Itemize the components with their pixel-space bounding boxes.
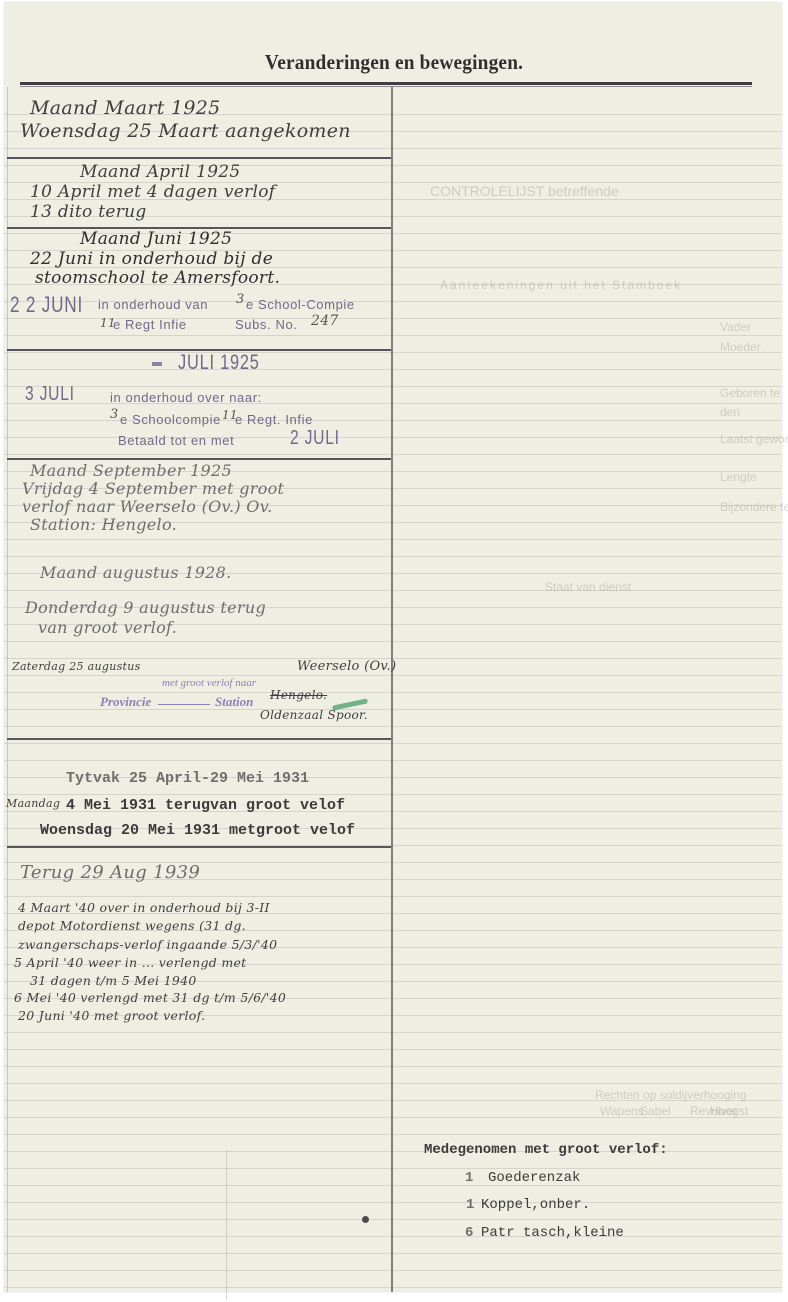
bleed-text: Vader (720, 320, 751, 334)
stamp-header: JULI 1925 (178, 351, 260, 375)
handwritten-line: Donderdag 9 augustus terug (25, 598, 266, 617)
handwritten-line: 4 Maart '40 over in onderhoud bij 3-II (18, 900, 270, 915)
bleed-text: Hoogst (710, 1104, 748, 1118)
bleed-text: Rechten op soldijverhooging (595, 1088, 746, 1102)
bleed-text: Laatst gewoond te (720, 432, 788, 446)
handwritten-line: van groot verlof. (38, 618, 177, 637)
handwritten-line: depot Motordienst wegens (31 dg. (18, 918, 246, 933)
page-title: Veranderingen en bewegingen. (32, 50, 757, 75)
stamp-handwritten-value: 247 (311, 313, 339, 329)
stamp-underline (158, 704, 210, 705)
handwritten-line: 20 Juni '40 met groot verlof. (18, 1008, 205, 1023)
handwritten-line: 10 April met 4 dagen verlof (30, 182, 275, 202)
stamp-paid-until: 2 JULI (290, 427, 340, 450)
stamp-text: met groot verlof naar (162, 677, 256, 689)
typed-line: 4 Mei 1931 terugvan groot velof (66, 797, 345, 814)
bleed-text: CONTROLELIJST betreffende (430, 183, 619, 199)
left-margin-line (7, 87, 8, 1292)
bleed-text: Aanteekeningen uit het Stamboek (440, 278, 682, 292)
stamp-text: in onderhoud van (98, 297, 208, 312)
stamp-text: Subs. No. (235, 317, 298, 332)
equipment-name: Patr tasch,kleine (481, 1225, 624, 1241)
stamp-text: Betaald tot en met (118, 433, 234, 448)
bleed-text: den (720, 405, 740, 419)
handwritten-line: stoomschool te Amersfoort. (35, 268, 280, 288)
stamp-text: e Regt. Infie (235, 412, 313, 427)
typed-line: Tytvak 25 April-29 Mei 1931 (66, 770, 309, 787)
stamp-date: 2 2 JUNI (10, 292, 83, 318)
handwritten-place: Weerselo (Ov.) (297, 659, 396, 674)
stamp-handwritten-value: 3 (110, 407, 119, 422)
handwritten-line: 5 April '40 weer in ... verlengd met (14, 955, 247, 970)
stamp-date: 3 JULI (25, 383, 75, 406)
handwritten-line: 22 Juni in onderhoud bij de (30, 249, 273, 269)
equipment-qty: 6 (465, 1225, 473, 1241)
handwritten-line: Vrijdag 4 September met groot (22, 479, 284, 498)
bleed-text: Wapens (600, 1104, 644, 1118)
entry-separator (7, 738, 391, 740)
title-rule (20, 82, 752, 85)
ink-dot (362, 1216, 369, 1223)
handwritten-station-struck: Hengelo. (270, 688, 327, 702)
bleed-text: Lengte (720, 470, 757, 484)
bleed-text: Geboren te (720, 386, 780, 400)
paper-crease (226, 1150, 227, 1300)
entry-separator (7, 157, 391, 159)
equipment-qty: 1 (465, 1170, 473, 1186)
stamp-text: e Regt Infie (113, 317, 187, 332)
handwritten-line: verlof naar Weerselo (Ov.) Ov. (22, 497, 273, 516)
bleed-text: Moeder (720, 340, 761, 354)
handwritten-line: Maand April 1925 (80, 162, 241, 182)
title-rule-thin (20, 86, 752, 87)
handwritten-date: Zaterdag 25 augustus (12, 660, 141, 673)
bleed-text: Sabel (640, 1104, 671, 1118)
handwritten-line: Maand Maart 1925 (30, 97, 221, 119)
typed-line: Woensdag 20 Mei 1931 metgroot velof (40, 822, 355, 839)
handwritten-line: Terug 29 Aug 1939 (20, 862, 200, 883)
handwritten-station-new: Oldenzaal Spoor. (260, 708, 368, 722)
bleed-text: Staat van dienst (545, 580, 631, 594)
stamp-text: e School-Compie (246, 297, 355, 312)
handwritten-line: 31 dagen t/m 5 Mei 1940 (30, 973, 197, 988)
handwritten-line: 13 dito terug (30, 202, 147, 222)
stamp-label-station: Station (215, 694, 253, 710)
handwritten-line: Maand augustus 1928. (40, 563, 232, 582)
handwritten-line: Woensdag 25 Maart aangekomen (20, 120, 351, 142)
bleed-text: Bijzondere teekenen (720, 500, 788, 514)
column-divider (391, 87, 393, 1292)
handwritten-line: Maand Juni 1925 (80, 229, 232, 249)
handwritten-line: Maand September 1925 (30, 461, 232, 480)
equipment-name: Goederenzak (488, 1170, 580, 1186)
margin-note: Maandag (6, 797, 60, 810)
handwritten-line: 6 Mei '40 verlengd met 31 dg t/m 5/6/'40 (14, 990, 286, 1005)
stamp-text: e Schoolcompie (120, 412, 221, 427)
handwritten-line: Station: Hengelo. (30, 515, 177, 534)
equipment-qty: 1 (466, 1197, 474, 1213)
stamp-label-provincie: Provincie (100, 694, 151, 710)
equipment-name: Koppel,onber. (481, 1197, 590, 1213)
entry-separator (7, 846, 391, 848)
handwritten-line: zwangerschaps-verlof ingaande 5/3/'40 (18, 937, 277, 952)
stamp-arrow-mark (152, 362, 162, 366)
stamp-text: in onderhoud over naar: (110, 390, 262, 405)
equipment-heading: Medegenomen met groot verlof: (424, 1142, 668, 1158)
stamp-handwritten-value: 3 (236, 292, 245, 307)
entry-separator (7, 458, 391, 460)
